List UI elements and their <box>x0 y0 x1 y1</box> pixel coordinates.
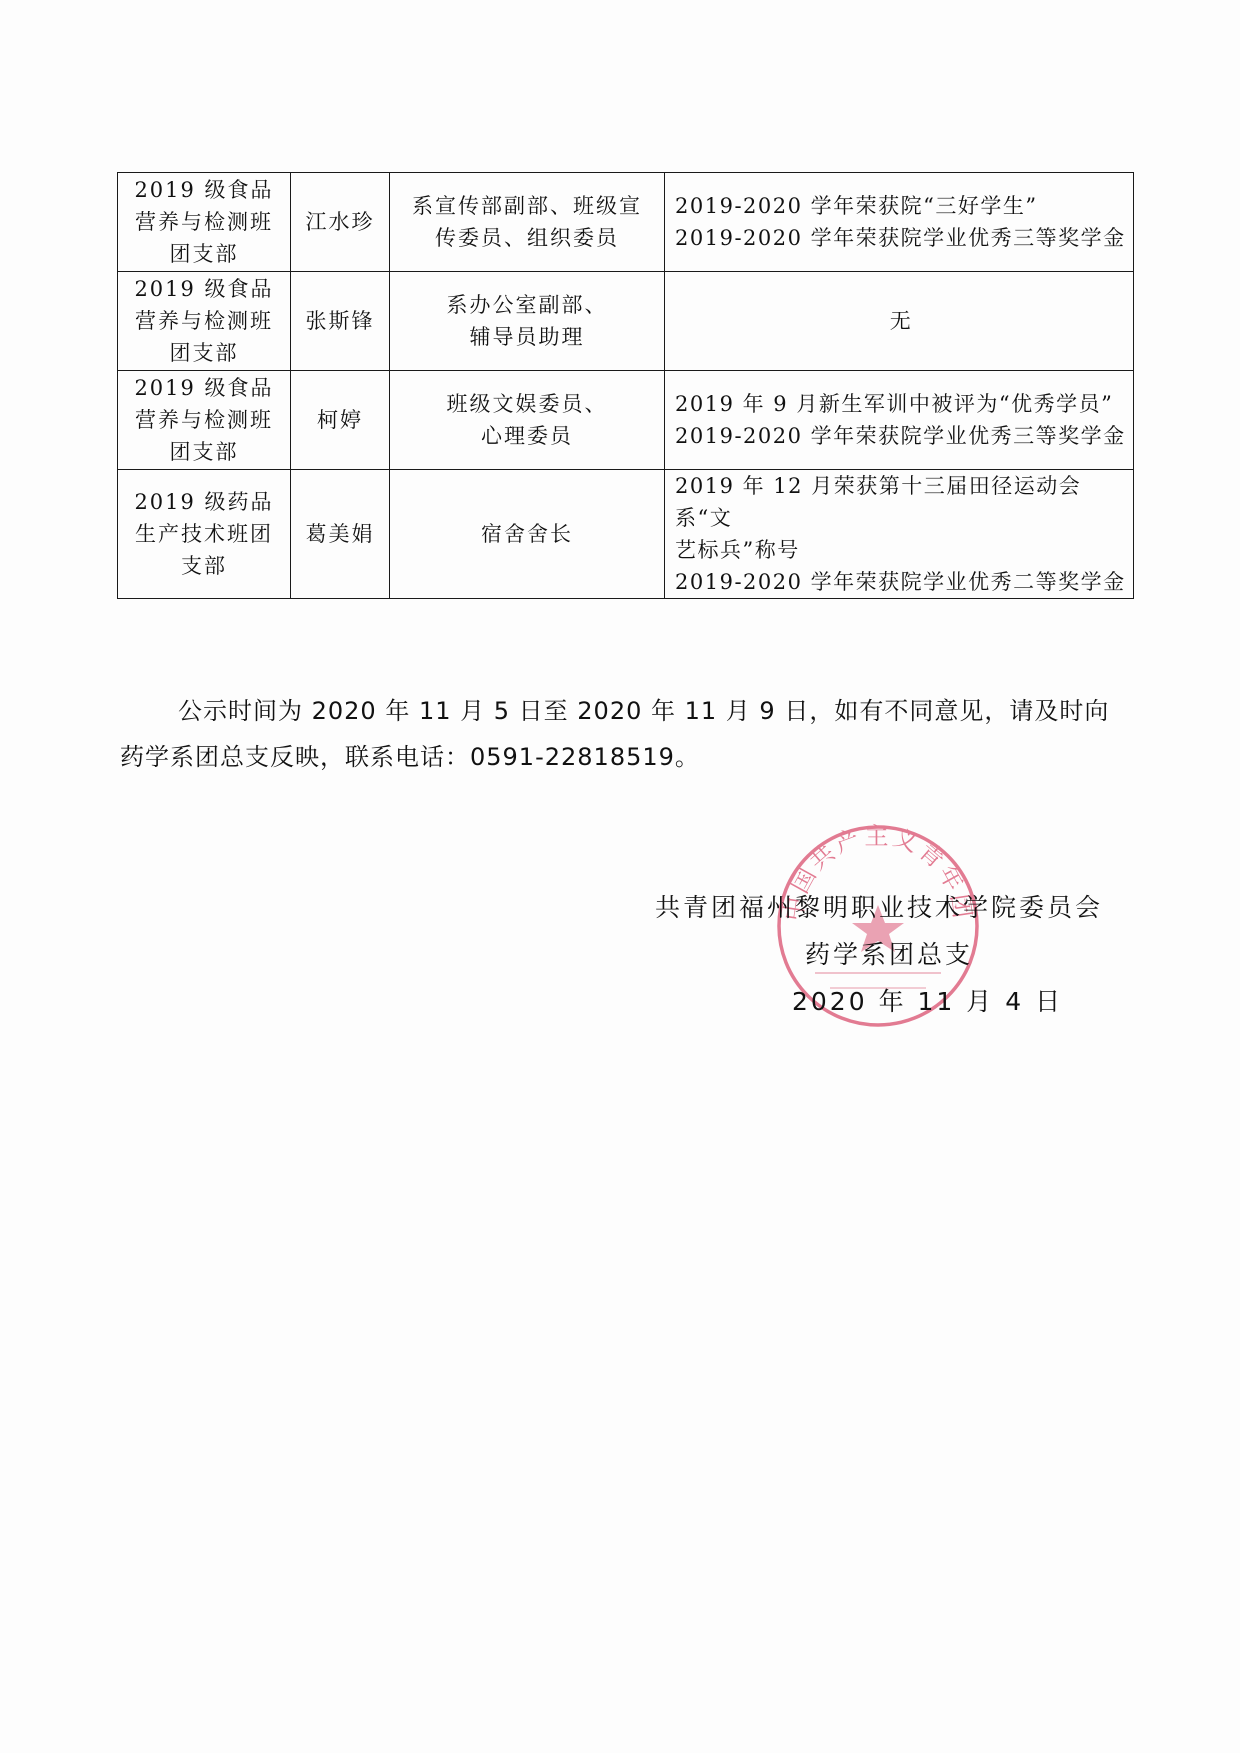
awards-cell: 2019-2020 学年荣获院“三好学生” 2019-2020 学年荣获院学业优… <box>665 173 1134 272</box>
table-row: 2019 级食品 营养与检测班 团支部 柯婷 班级文娱委员、 心理委员 2019… <box>118 371 1134 470</box>
branch-cell: 2019 级食品 营养与检测班 团支部 <box>118 272 291 371</box>
positions-cell: 宿舍舍长 <box>390 470 665 599</box>
issue-date: 2020 年 11 月 4 日 <box>792 982 1063 1018</box>
table-row: 2019 级药品 生产技术班团 支部 葛美娟 宿舍舍长 2019 年 12 月荣… <box>118 470 1134 599</box>
positions-cell: 班级文娱委员、 心理委员 <box>390 371 665 470</box>
document-page: 2019 级食品 营养与检测班 团支部 江水珍 系宣传部副部、班级宣 传委员、组… <box>0 0 1240 1753</box>
branch-cell: 2019 级食品 营养与检测班 团支部 <box>118 173 291 272</box>
name-cell: 江水珍 <box>291 173 390 272</box>
table-row: 2019 级食品 营养与检测班 团支部 张斯锋 系办公室副部、 辅导员助理 无 <box>118 272 1134 371</box>
positions-cell: 系宣传部副部、班级宣 传委员、组织委员 <box>390 173 665 272</box>
commendation-table: 2019 级食品 营养与检测班 团支部 江水珍 系宣传部副部、班级宣 传委员、组… <box>117 172 1134 599</box>
publicity-notice: 公示时间为 2020 年 11 月 5 日至 2020 年 11 月 9 日，如… <box>120 688 1130 780</box>
branch-cell: 2019 级药品 生产技术班团 支部 <box>118 470 291 599</box>
table-row: 2019 级食品 营养与检测班 团支部 江水珍 系宣传部副部、班级宣 传委员、组… <box>118 173 1134 272</box>
positions-cell: 系办公室副部、 辅导员助理 <box>390 272 665 371</box>
awards-cell: 2019 年 9 月新生军训中被评为“优秀学员” 2019-2020 学年荣获院… <box>665 371 1134 470</box>
name-cell: 柯婷 <box>291 371 390 470</box>
name-cell: 葛美娟 <box>291 470 390 599</box>
issuing-department: 药学系团总支 <box>805 935 973 971</box>
branch-cell: 2019 级食品 营养与检测班 团支部 <box>118 371 291 470</box>
issuing-organization: 共青团福州黎明职业技术学院委员会 <box>655 888 1103 924</box>
awards-cell: 无 <box>665 272 1134 371</box>
awards-cell: 2019 年 12 月荣获第十三届田径运动会系“文 艺标兵”称号 2019-20… <box>665 470 1134 599</box>
name-cell: 张斯锋 <box>291 272 390 371</box>
